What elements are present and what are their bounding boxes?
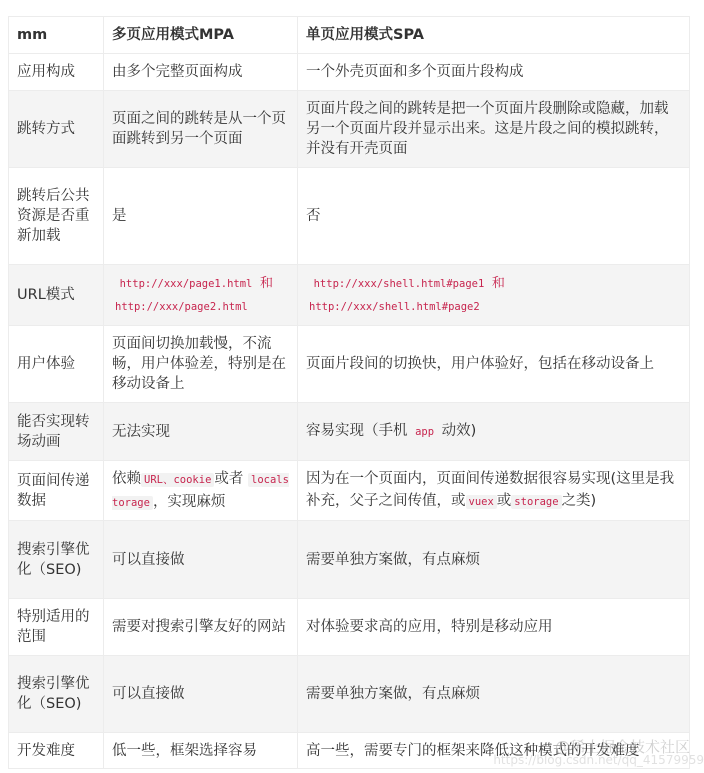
table-row: 应用构成 由多个完整页面构成 一个外壳页面和多个页面片段构成 [9,54,690,91]
comparison-table: mm 多页应用模式MPA 单页应用模式SPA 应用构成 由多个完整页面构成 一个… [8,16,690,769]
row-label: 应用构成 [9,54,104,91]
header-cell-spa: 单页应用模式SPA [298,17,690,54]
table-row: 搜索引擎优化（SEO) 可以直接做 需要单独方案做，有点麻烦 [9,656,690,733]
spa-cell: 对体验要求高的应用，特别是移动应用 [298,599,690,656]
mpa-cell: http://xxx/page1.html 和 http://xxx/page2… [104,265,298,326]
row-label: 搜索引擎优化（SEO) [9,656,104,733]
row-label: 页面间传递数据 [9,461,104,521]
spa-cell: 页面片段间的切换快，用户体验好，包括在移动设备上 [298,326,690,403]
mpa-cell: 无法实现 [104,403,298,461]
table-row: 开发难度 低一些，框架选择容易 高一些，需要专门的框架来降低这种模式的开发难度 [9,733,690,769]
row-label: 搜索引擎优化（SEO) [9,521,104,599]
row-label: 用户体验 [9,326,104,403]
table-row: 能否实现转场动画 无法实现 容易实现（手机 app 动效) [9,403,690,461]
inline-code: app [412,425,437,439]
cell-text: 或 [497,493,512,509]
table-row: 跳转后公共资源是否重新加载 是 否 [9,168,690,265]
joiner-text: 和 [260,276,273,291]
table-row: 搜索引擎优化（SEO) 可以直接做 需要单独方案做，有点麻烦 [9,521,690,599]
header-cell-mpa: 多页应用模式MPA [104,17,298,54]
row-label: 跳转方式 [9,91,104,168]
table-row: 跳转方式 页面之间的跳转是从一个页面跳转到另一个页面 页面片段之间的跳转是把一个… [9,91,690,168]
table-row: 页面间传递数据 依赖URL、cookie或者 localstorage，实现麻烦… [9,461,690,521]
spa-cell: 容易实现（手机 app 动效) [298,403,690,461]
spa-cell: 页面片段之间的跳转是把一个页面片段删除或隐藏，加载另一个页面片段并显示出来。这是… [298,91,690,168]
spa-cell: 需要单独方案做，有点麻烦 [298,656,690,733]
row-label: 跳转后公共资源是否重新加载 [9,168,104,265]
spa-cell: http://xxx/shell.html#page1 和 http://xxx… [298,265,690,326]
spa-cell: 高一些，需要专门的框架来降低这种模式的开发难度 [298,733,690,769]
cell-text: 容易实现（手机 [306,423,412,439]
row-label: 特别适用的范围 [9,599,104,656]
spa-cell: 因为在一个页面内，页面间传递数据很容易实现(这里是我补充，父子之间传值，或vue… [298,461,690,521]
header-cell-label: mm [9,17,104,54]
mpa-cell: 由多个完整页面构成 [104,54,298,91]
mpa-cell: 页面之间的跳转是从一个页面跳转到另一个页面 [104,91,298,168]
cell-text: 之类) [562,493,597,509]
inline-code: http://xxx/shell.html#page2 [306,300,483,314]
joiner-text: 和 [492,276,505,291]
mpa-cell: 低一些，框架选择容易 [104,733,298,769]
inline-code: storage [511,495,561,509]
mpa-cell: 依赖URL、cookie或者 localstorage，实现麻烦 [104,461,298,521]
spa-cell: 否 [298,168,690,265]
mpa-cell: 可以直接做 [104,521,298,599]
inline-code: http://xxx/shell.html#page1 [311,277,488,291]
row-label: 开发难度 [9,733,104,769]
mpa-cell: 页面间切换加载慢，不流畅，用户体验差，特别是在移动设备上 [104,326,298,403]
mpa-cell: 可以直接做 [104,656,298,733]
row-label: URL模式 [9,265,104,326]
inline-code: http://xxx/page1.html [117,277,256,291]
cell-text: ，实现麻烦 [153,494,226,510]
table-row: 用户体验 页面间切换加载慢，不流畅，用户体验差，特别是在移动设备上 页面片段间的… [9,326,690,403]
cell-text: 依赖 [112,471,141,487]
table-header-row: mm 多页应用模式MPA 单页应用模式SPA [9,17,690,54]
inline-code: vuex [466,495,497,509]
cell-text: 或者 [214,471,243,487]
row-label: 能否实现转场动画 [9,403,104,461]
mpa-cell: 是 [104,168,298,265]
spa-cell: 需要单独方案做，有点麻烦 [298,521,690,599]
mpa-cell: 需要对搜索引擎友好的网站 [104,599,298,656]
table-row: 特别适用的范围 需要对搜索引擎友好的网站 对体验要求高的应用，特别是移动应用 [9,599,690,656]
table-row: URL模式 http://xxx/page1.html 和 http://xxx… [9,265,690,326]
spa-cell: 一个外壳页面和多个页面片段构成 [298,54,690,91]
inline-code: URL、cookie [141,473,214,487]
cell-text: 动效) [437,423,476,439]
inline-code: http://xxx/page2.html [112,300,251,314]
